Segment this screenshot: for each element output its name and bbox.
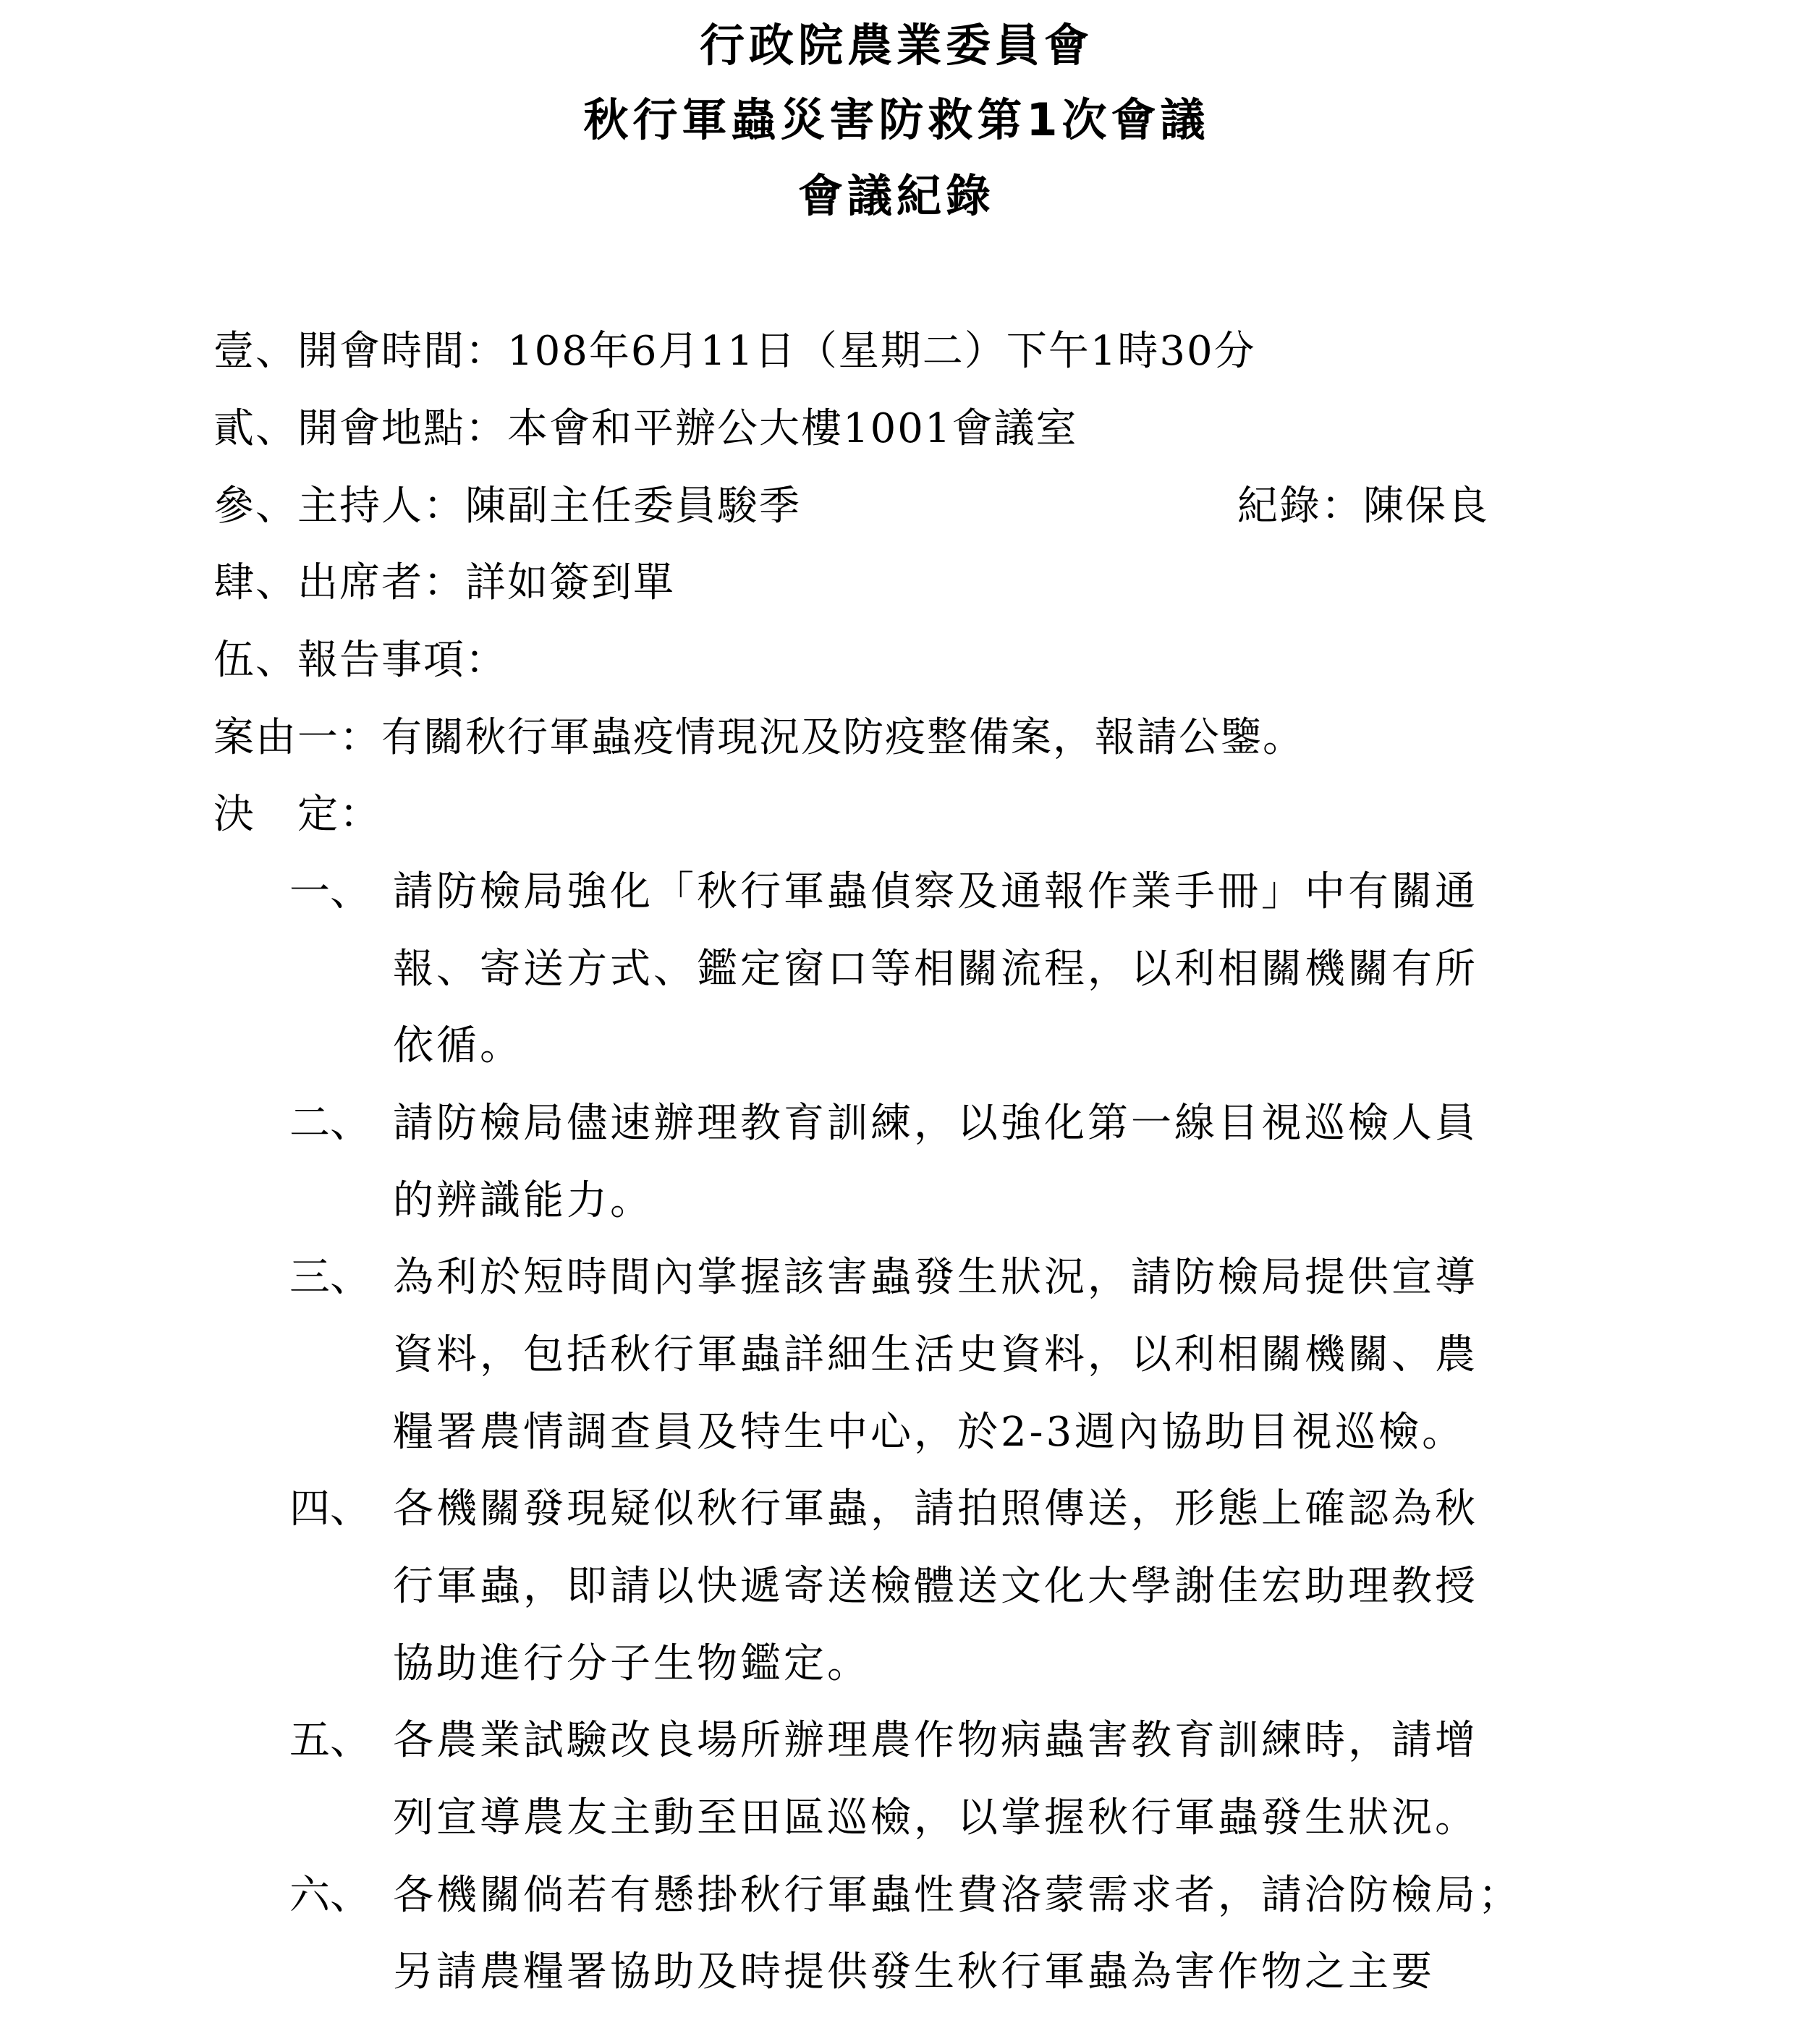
decision-item-line: 列宣導農友主動至田區巡檢，以掌握秋行軍蟲發生狀況。 <box>393 1798 1478 1839</box>
meeting-attendees: 肆、出席者：詳如簽到單 <box>213 563 675 603</box>
decision-item-line: 糧署農情調查員及特生中心，於2-3週內協助目視巡檢。 <box>393 1412 1465 1453</box>
org-title: 行政院農業委員會 <box>0 23 1793 68</box>
decision-item-line: 報、寄送方式、鑑定窗口等相關流程，以利相關機關有所 <box>393 949 1478 990</box>
case-one: 案由一：有關秋行軍蟲疫情現況及防疫整備案，報請公鑒。 <box>213 718 1305 758</box>
decision-item-line: 請防檢局強化「秋行軍蟲偵察及通報作業手冊」中有關通 <box>393 872 1478 912</box>
decision-item-line: 各農業試驗改良場所辦理農作物病蟲害教育訓練時，請增 <box>393 1721 1478 1761</box>
decision-item-line: 的辨識能力。 <box>393 1181 653 1221</box>
decision-item-number: 三、 <box>289 1258 370 1298</box>
meeting-recorder: 紀錄：陳保良 <box>1237 486 1489 527</box>
decision-item-line: 請防檢局儘速辦理教育訓練，以強化第一線目視巡檢人員 <box>393 1103 1478 1144</box>
meeting-location: 貳、開會地點：本會和平辦公大樓1001會議室 <box>213 409 1078 449</box>
decision-item-line: 協助進行分子生物鑑定。 <box>393 1644 870 1684</box>
doc-type-title: 會議紀錄 <box>0 174 1793 219</box>
decision-item-line: 資料，包括秋行軍蟲詳細生活史資料，以利相關機關、農 <box>393 1335 1478 1375</box>
decision-item-line: 為利於短時間內掌握該害蟲發生狀況，請防檢局提供宣導 <box>393 1258 1478 1298</box>
meeting-chair: 參、主持人：陳副主任委員駿季 <box>213 486 801 527</box>
decision-item-line: 各機關倘若有懸掛秋行軍蟲性費洛蒙需求者，請洽防檢局； <box>393 1875 1522 1916</box>
decision-item-number: 二、 <box>289 1103 370 1144</box>
decision-heading: 決 定： <box>213 794 381 835</box>
decision-item-number: 五、 <box>289 1721 370 1761</box>
decision-item-number: 四、 <box>289 1489 370 1530</box>
decision-item-line: 行軍蟲，即請以快遞寄送檢體送文化大學謝佳宏助理教授 <box>393 1566 1478 1607</box>
decision-item-line: 依循。 <box>393 1026 523 1066</box>
decision-item-line: 另請農糧署協助及時提供發生秋行軍蟲為害作物之主要 <box>393 1952 1435 1993</box>
decision-item-number: 一、 <box>289 872 370 912</box>
report-items-heading: 伍、報告事項： <box>213 640 507 681</box>
decision-item-line: 各機關發現疑似秋行軍蟲，請拍照傳送，形態上確認為秋 <box>393 1489 1478 1530</box>
meeting-time: 壹、開會時間：108年6月11日（星期二）下午1時30分 <box>213 331 1256 372</box>
meeting-title: 秋行軍蟲災害防救第1次會議 <box>0 98 1793 143</box>
decision-item-number: 六、 <box>289 1875 370 1916</box>
